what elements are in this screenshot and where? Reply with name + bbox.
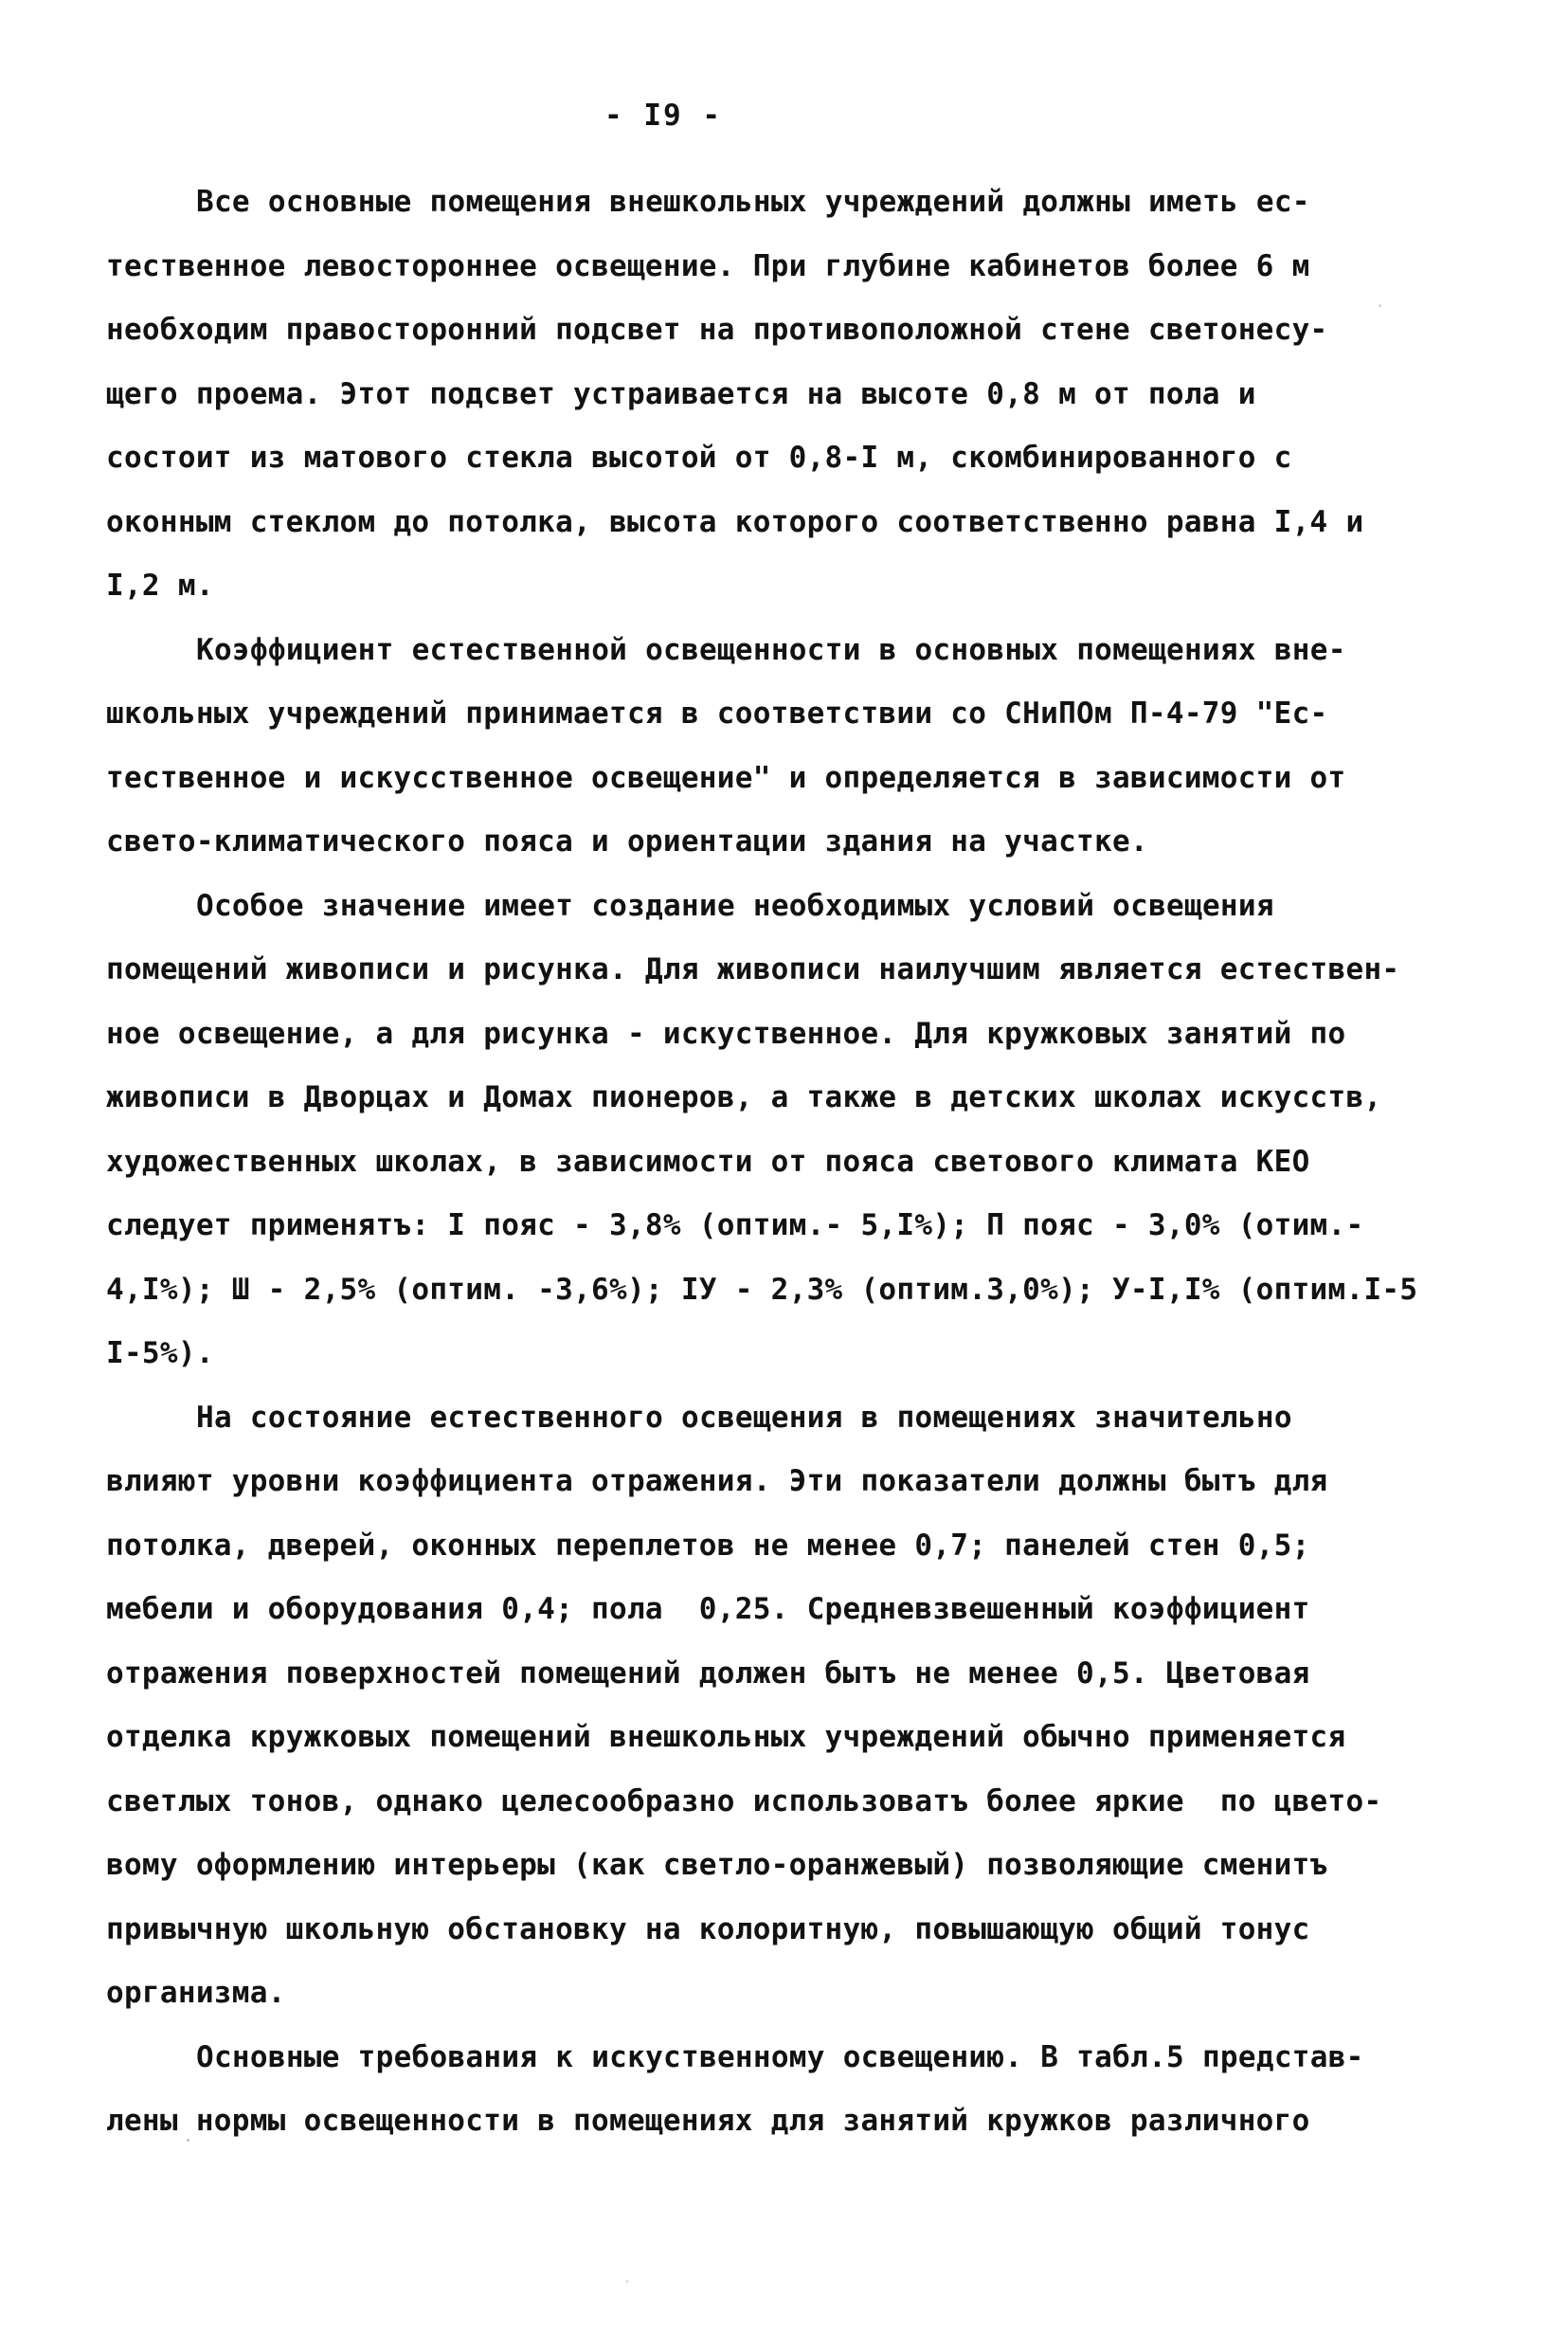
text-line: Коэффициент естественной освещенности в … <box>106 619 1537 683</box>
text-line: вому оформлению интерьеры (как светло-ор… <box>106 1834 1537 1898</box>
text-line: оконным стеклом до потолка, высота котор… <box>106 491 1537 555</box>
text-line: влияют уровни коэффициента отражения. Эт… <box>106 1450 1537 1514</box>
page-number: - I9 - <box>604 99 722 133</box>
text-line: мебели и оборудования 0,4; пола 0,25. Ср… <box>106 1578 1537 1642</box>
text-line: свето-климатического пояса и ориентации … <box>106 810 1537 875</box>
text-line: следует применятъ: I пояс - 3,8% (оптим.… <box>106 1194 1537 1258</box>
text-line: организма. <box>106 1962 1537 2026</box>
document-page: - I9 - Все основные помещения внешкольны… <box>0 0 1568 2352</box>
text-line: необходим правосторонний подсвет на прот… <box>106 299 1537 363</box>
text-line: Основные требования к искуственному осве… <box>106 2026 1537 2090</box>
text-line: лены нормы освещенности в помещениях для… <box>106 2090 1537 2154</box>
text-line: потолка, дверей, оконных переплетов не м… <box>106 1514 1537 1579</box>
text-block: Все основные помещения внешкольных учреж… <box>106 171 1537 2154</box>
text-line: помещений живописи и рисунка. Для живопи… <box>106 938 1537 1003</box>
text-line: Особое значение имеет создание необходим… <box>106 875 1537 939</box>
text-line: I,2 м. <box>106 554 1537 619</box>
paragraph: Основные требования к искуственному осве… <box>106 2026 1537 2154</box>
text-line: состоит из матового стекла высотой от 0,… <box>106 426 1537 491</box>
text-line: На состояние естественного освещения в п… <box>106 1386 1537 1451</box>
paragraph: Особое значение имеет создание необходим… <box>106 875 1537 1386</box>
text-line: светлых тонов, однако целесообразно испо… <box>106 1770 1537 1835</box>
paragraph: Все основные помещения внешкольных учреж… <box>106 171 1537 619</box>
text-line: отражения поверхностей помещений должен … <box>106 1642 1537 1707</box>
text-line: Все основные помещения внешкольных учреж… <box>106 171 1537 235</box>
paragraph: На состояние естественного освещения в п… <box>106 1386 1537 2026</box>
text-line: 4,I%); Ш - 2,5% (оптим. -3,6%); IУ - 2,3… <box>106 1258 1537 1323</box>
text-line: художественных школах, в зависимости от … <box>106 1131 1537 1195</box>
text-line: отделка кружковых помещений внешкольных … <box>106 1706 1537 1770</box>
text-line: привычную школьную обстановку на колорит… <box>106 1898 1537 1963</box>
text-line: щего проема. Этот подсвет устраивается н… <box>106 363 1537 427</box>
text-line: живописи в Дворцах и Домах пионеров, а т… <box>106 1066 1537 1131</box>
text-line: ное освещение, а для рисунка - искуствен… <box>106 1003 1537 1067</box>
text-line: тественное левостороннее освещение. При … <box>106 235 1537 299</box>
text-line: школьных учреждений принимается в соотве… <box>106 682 1537 747</box>
text-line: тественное и искусственное освещение" и … <box>106 747 1537 811</box>
text-line: I-5%). <box>106 1322 1537 1386</box>
paragraph: Коэффициент естественной освещенности в … <box>106 619 1537 875</box>
